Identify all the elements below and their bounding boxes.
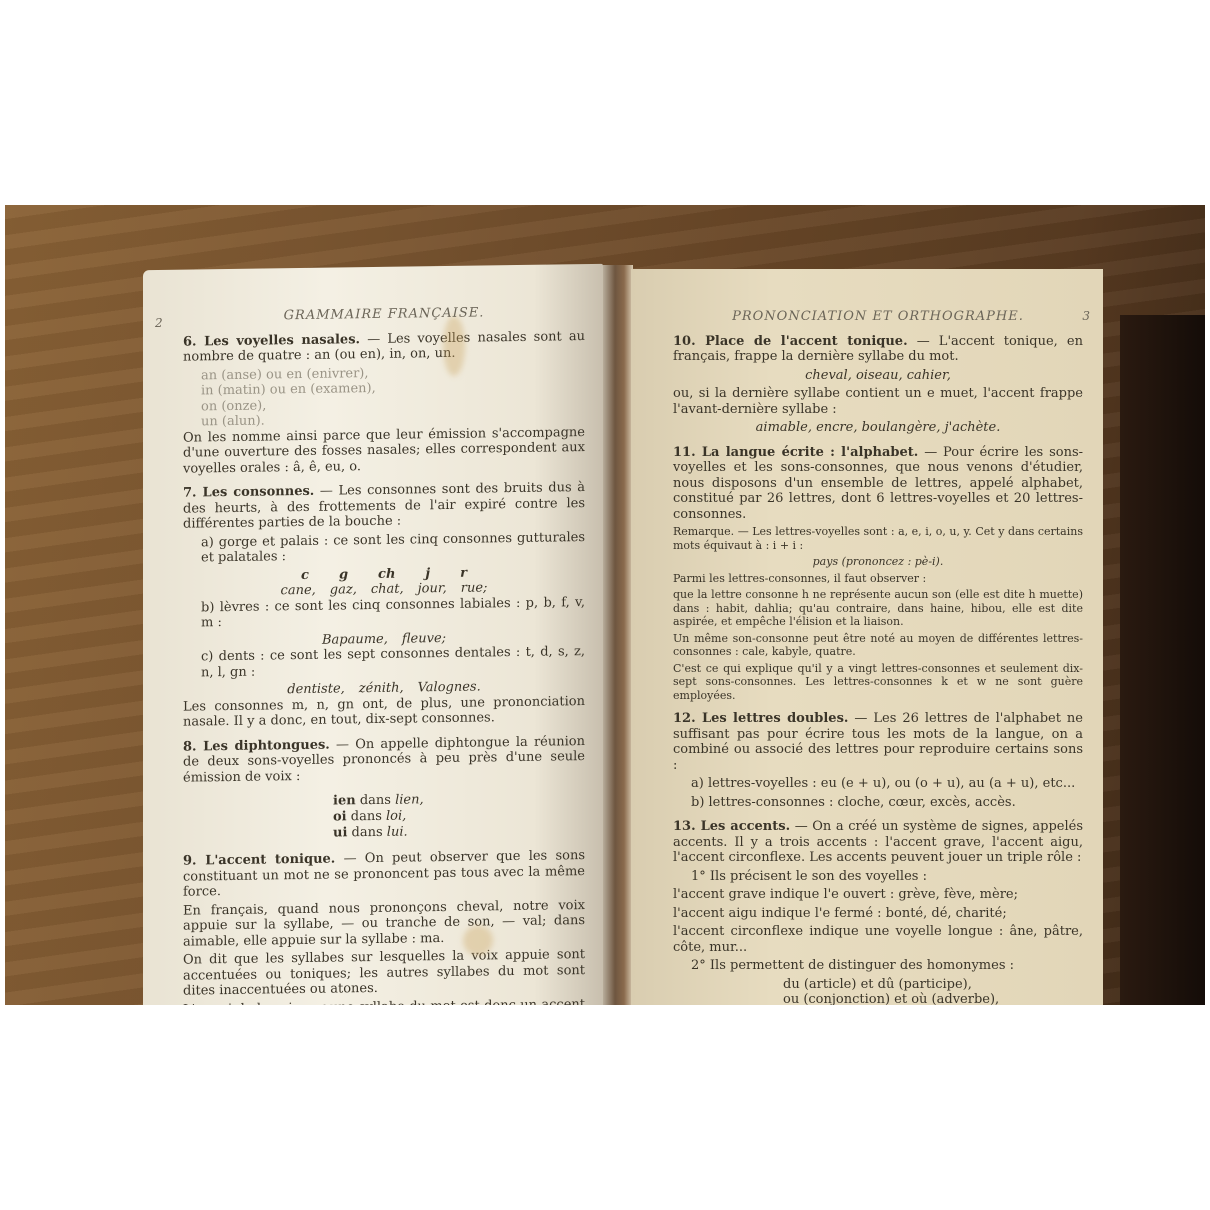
section-7: 7. Les consonnes. — Les consonnes sont d… bbox=[183, 480, 585, 730]
diphthong-examples: ien dans lien, oi dans loi, ui dans lui. bbox=[333, 790, 585, 842]
running-head: PRONONCIATION ET ORTHOGRAPHE. 3 bbox=[673, 309, 1083, 325]
right-page: PRONONCIATION ET ORTHOGRAPHE. 3 10. Plac… bbox=[631, 269, 1103, 1005]
shadow bbox=[1120, 315, 1205, 1005]
section-13: 13. Les accents. — On a créé un système … bbox=[673, 819, 1083, 1005]
section-12: 12. Les lettres doubles. — Les 26 lettre… bbox=[673, 711, 1083, 810]
section-9: 9. L'accent tonique. — On peut observer … bbox=[183, 848, 585, 1005]
homonym-list: du (article) et dû (participe), ou (conj… bbox=[673, 977, 1083, 1006]
page-number: 2 bbox=[155, 316, 164, 332]
section-6: 6. Les voyelles nasales. — Les voyelles … bbox=[183, 329, 585, 477]
section-11: 11. La langue écrite : l'alphabet. — Pou… bbox=[673, 445, 1083, 703]
page-number: 3 bbox=[1082, 309, 1091, 325]
book-spine bbox=[603, 265, 633, 1005]
running-head: 2 GRAMMAIRE FRANÇAISE. bbox=[183, 304, 585, 325]
section-10: 10. Place de l'accent tonique. — L'accen… bbox=[673, 334, 1083, 436]
book-photo: 2 GRAMMAIRE FRANÇAISE. 6. Les voyelles n… bbox=[5, 205, 1205, 1005]
section-8: 8. Les diphtongues. — On appelle diphton… bbox=[183, 734, 585, 844]
left-page: 2 GRAMMAIRE FRANÇAISE. 6. Les voyelles n… bbox=[143, 264, 603, 1005]
stain bbox=[443, 316, 465, 376]
